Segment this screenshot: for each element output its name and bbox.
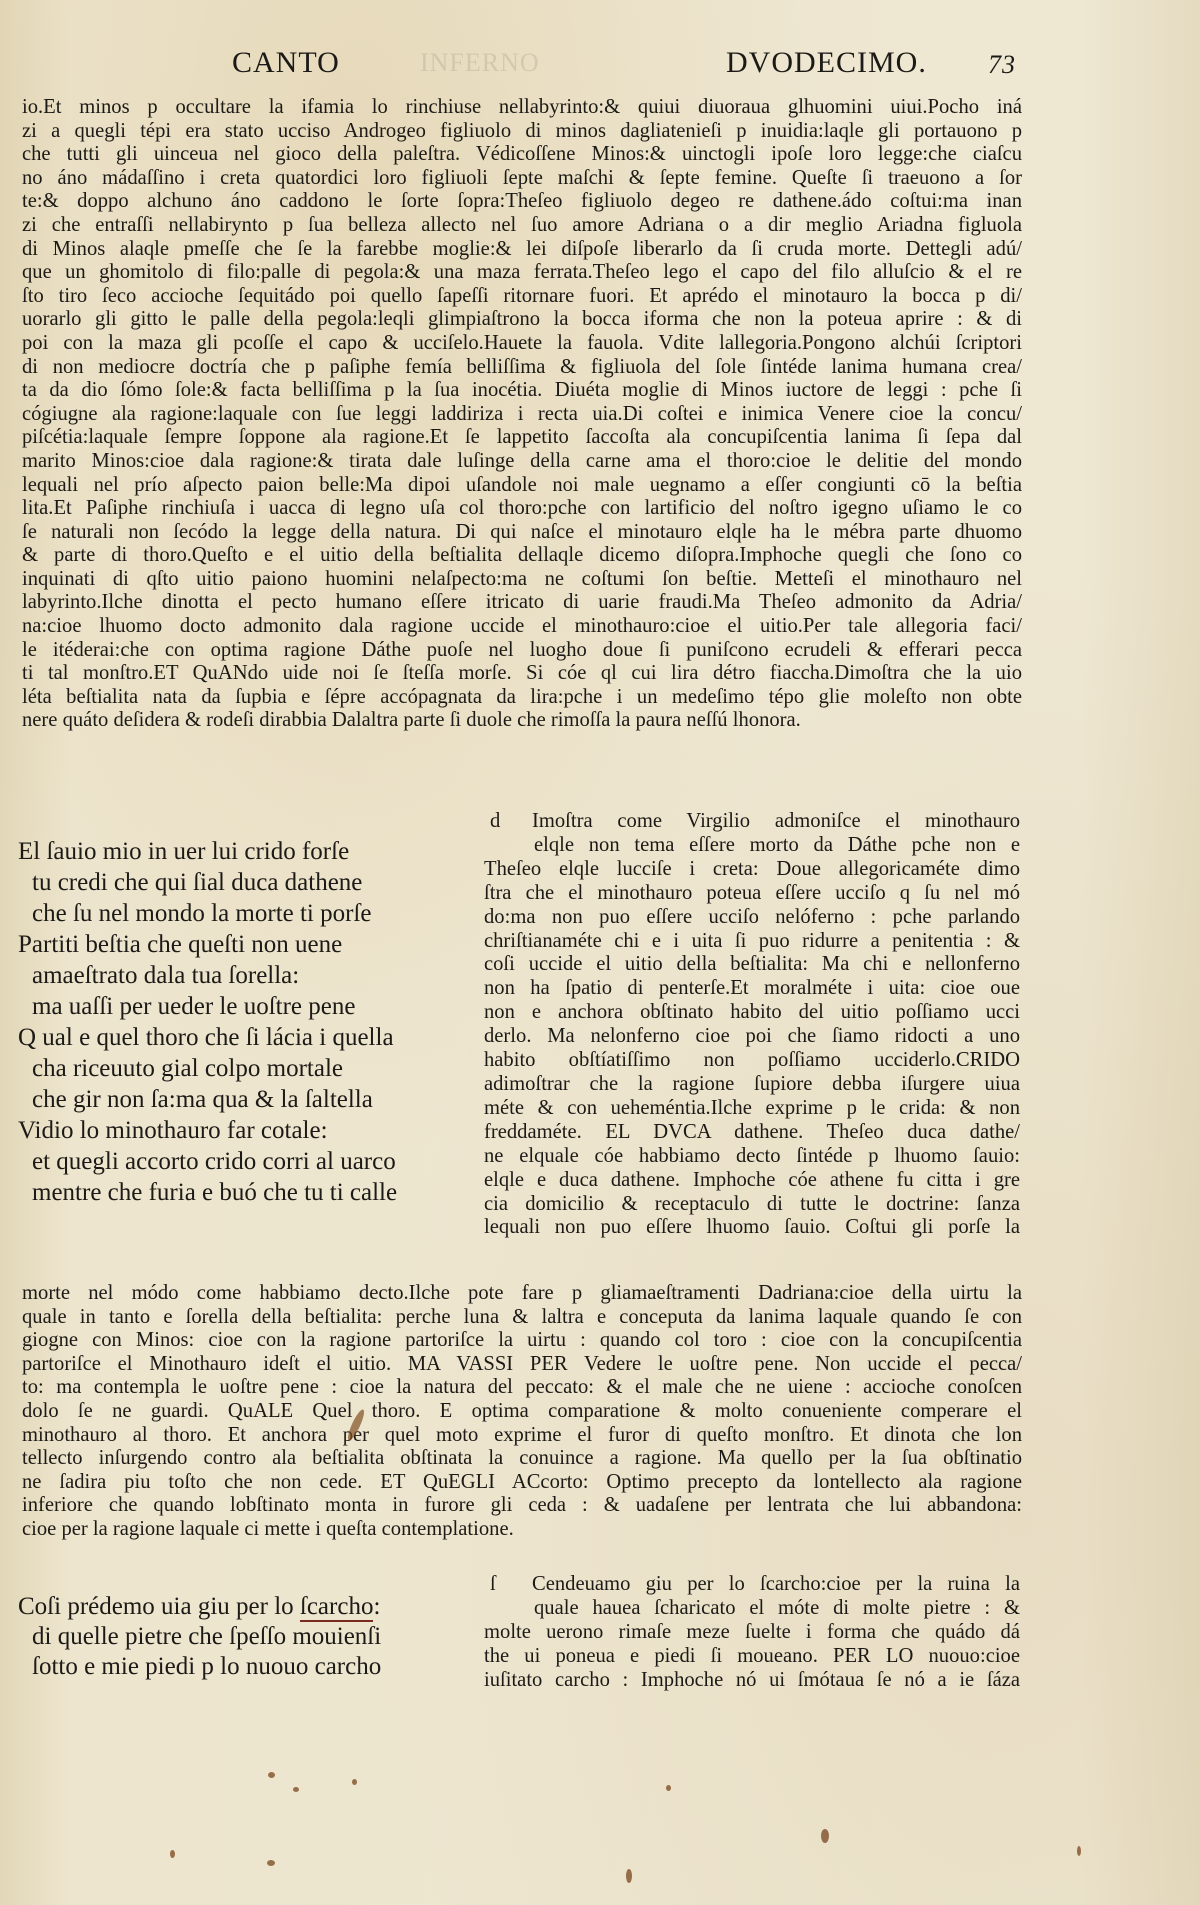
comment-line: molte uerono rimaſe meze ſuelte i forma … <box>484 1621 1020 1645</box>
verse-line: El ſauio mio in uer lui crido forſe <box>18 836 468 867</box>
prose-line: ne ſadira piu toſto che non cede. ET QuE… <box>22 1471 1022 1495</box>
prose-line: na:cioe lhuomo docto admonito dala ragio… <box>22 615 1022 639</box>
prose-line: no áno mádaſſino i creta quatordici loro… <box>22 167 1022 191</box>
prose-line: que un ghomitolo di filo:palle di pegola… <box>22 261 1022 285</box>
prose-line: marito Minos:cioe dala ragione:& tirata … <box>22 450 1022 474</box>
prose-line: ti tal monſtro.ET QuANdo uide noi ſe ſte… <box>22 662 1022 686</box>
comment-line: coſi uccide el uitio della beſtialita: M… <box>484 953 1020 977</box>
comment-line: adimoſtrar che la ragione ſupiore debba … <box>484 1073 1020 1097</box>
prose-line: to: ma contempla le uoſtre pene : cioe l… <box>22 1376 1022 1400</box>
commentary-column-1: dImoſtra come Virgilio admoniſce el mino… <box>484 810 1020 1240</box>
prose-line: cioe per la ragione laquale ci mette i q… <box>22 1518 1022 1542</box>
comment-line: ſtra che el minothauro poteua eſſere ucc… <box>484 882 1020 906</box>
verse-line: Q ual e quel thoro che ſi lácia i quella <box>18 1022 468 1053</box>
foxing-stain <box>352 1779 357 1785</box>
prose-line: uorarlo gli gitto le palle della pegola:… <box>22 308 1022 332</box>
prose-line: dolo ſe ne guardi. QuALE Quel thoro. E o… <box>22 1400 1022 1424</box>
comment-line: elqle e duca dathene. Imphoche cóe athen… <box>484 1169 1020 1193</box>
dante-verse-block-2: Coſi prédemo uia giu per lo ſcarcho: di … <box>18 1592 468 1682</box>
folio-number: 73 <box>988 50 1016 80</box>
running-head-canto: CANTO <box>232 46 340 80</box>
guide-letter: d <box>484 810 532 834</box>
prose-line: inferiore che quando lobſtinato monta in… <box>22 1494 1022 1518</box>
running-head: CANTO INFERNO DVODECIMO. 73 <box>0 46 1200 86</box>
prose-line: lita.Et Paſiphe rinchiuſa i uacca di leg… <box>22 497 1022 521</box>
prose-line: & parte di thoro.Queſto e el uitio della… <box>22 544 1022 568</box>
comment-line: quale hauea ſcharicato el móte di molte … <box>484 1597 1020 1621</box>
prose-line: di Minos alaqle pmeſſe che ſe la farebbe… <box>22 238 1022 262</box>
comment-line: freddaméte. EL DVCA dathene. Theſeo duca… <box>484 1121 1020 1145</box>
verse-text: Coſi prédemo uia giu per lo <box>18 1593 300 1620</box>
verse-line: Partiti beſtia che queſti non uene <box>18 929 468 960</box>
show-through-inferno: INFERNO <box>420 48 540 78</box>
dante-verse-block-1: El ſauio mio in uer lui crido forſe tu c… <box>18 836 468 1208</box>
comment-line: elqle non tema eſſere morto da Dáthe pch… <box>484 834 1020 858</box>
verse-line: tu credi che qui ſial duca dathene <box>18 867 468 898</box>
prose-line: tellecto inſurgendo contro ala beſtialit… <box>22 1447 1022 1471</box>
verse-line: ſotto e mie piedi p lo nuouo carcho <box>18 1652 468 1682</box>
prose-line: zi che entraſſi nellabirynto p ſua belle… <box>22 214 1022 238</box>
verse-line: che gir non ſa:ma qua & la ſaltella <box>18 1084 468 1115</box>
prose-line: che tutti gli uinceua nel gioco della pa… <box>22 143 1022 167</box>
comment-line: non ha ſpatio di penterſe.Et moralméte i… <box>484 977 1020 1001</box>
prose-line: di non mediocre doctría che p paſiphe fe… <box>22 356 1022 380</box>
commentary-prose-mid: morte nel módo come habbiamo decto.Ilche… <box>22 1282 1022 1542</box>
commentary-prose-top: io.Et minos p occultare la ifamia lo rin… <box>22 96 1022 733</box>
foxing-stain <box>170 1850 175 1858</box>
verse-line: amaeſtrato dala tua ſorella: <box>18 960 468 991</box>
foxing-stain <box>626 1869 632 1883</box>
comment-line: chriſtianaméte chi e i uita ſi puo ridur… <box>484 930 1020 954</box>
prose-line: labyrinto.Ilche dinotta el pecto humano … <box>22 591 1022 615</box>
foxing-stain <box>267 1860 275 1866</box>
prose-line: morte nel módo come habbiamo decto.Ilche… <box>22 1282 1022 1306</box>
prose-line: cógiugne ala ragione:laquale con ſue leg… <box>22 403 1022 427</box>
comment-line: ne elquale cóe habbiamo decto ſintéde p … <box>484 1145 1020 1169</box>
verse-line: ma uaſſi per ueder le uoſtre pene <box>18 991 468 1022</box>
comment-line: the ui poneua e piedi ſi moueano. PER LO… <box>484 1645 1020 1669</box>
prose-line: nere quáto deſidera & rodeſi dirabbia Da… <box>22 709 1022 733</box>
prose-line: ſe naturali non ſecódo la legge della na… <box>22 521 1022 545</box>
guide-letter: ſ <box>484 1573 532 1597</box>
verse-line: Coſi prédemo uia giu per lo ſcarcho: <box>18 1592 468 1622</box>
prose-line: lequali nel prío aſpecto paion belle:Ma … <box>22 474 1022 498</box>
prose-line: minothauro al thoro. Et anchora per quel… <box>22 1424 1022 1448</box>
prose-line: poi con la maza gli pcoſſe el capo & ucc… <box>22 332 1022 356</box>
prose-line: giogne con Minos: cioe con la ragione pa… <box>22 1329 1022 1353</box>
prose-line: quale in tanto e ſorella della beſtialit… <box>22 1306 1022 1330</box>
foxing-stain <box>268 1772 275 1778</box>
comment-line: habito obſtíatiſſimo non poſſiamo uccide… <box>484 1049 1020 1073</box>
comment-line: non e anchora obſtinato habito del uitio… <box>484 1001 1020 1025</box>
prose-line: io.Et minos p occultare la ifamia lo rin… <box>22 96 1022 120</box>
foxing-stain <box>821 1829 829 1843</box>
prose-line: ſto tiro ſeco accioche ſequitádo poi que… <box>22 285 1022 309</box>
verse-line: di quelle pietre che ſpeſſo mouienſi <box>18 1622 468 1652</box>
verse-line: mentre che furia e buó che tu ti calle <box>18 1177 468 1208</box>
prose-line: piſcétia:laquale ſempre ſoppone ala ragi… <box>22 426 1022 450</box>
verse-line: et quegli accorto crido corri al uarco <box>18 1146 468 1177</box>
prose-line: inquinati di qſto uitio paiono huomini n… <box>22 568 1022 592</box>
underlined-word: ſcarcho <box>300 1593 374 1622</box>
foxing-stain <box>1077 1846 1081 1856</box>
prose-line: léta beſtialita nata da ſupbia e ſépre a… <box>22 686 1022 710</box>
comment-line: cia domicilio & receptaculo di tutte le … <box>484 1193 1020 1217</box>
prose-line: partoriſce el Minothauro ideſt el uitio.… <box>22 1353 1022 1377</box>
comment-line: Cendeuamo giu per lo ſcarcho:cioe per la… <box>532 1573 1020 1595</box>
prose-line: zi a quegli tépi era stato ucciso Androg… <box>22 120 1022 144</box>
comment-line: méte & con ueheméntia.Ilche exprime p le… <box>484 1097 1020 1121</box>
verse-line: Vidio lo minothauro far cotale: <box>18 1115 468 1146</box>
comment-line: Imoſtra come Virgilio admoniſce el minot… <box>532 810 1020 832</box>
prose-line: ta da dio ſómo ſole:& facta belliſſima p… <box>22 379 1022 403</box>
prose-line: le itéderai:che con optima ragione Dáthe… <box>22 639 1022 663</box>
verse-line: che ſu nel mondo la morte ti porſe <box>18 898 468 929</box>
comment-line: derlo. Ma nelonferno cioe poi che ſiamo … <box>484 1025 1020 1049</box>
book-page: CANTO INFERNO DVODECIMO. 73 io.Et minos … <box>0 0 1200 1905</box>
foxing-stain <box>293 1787 299 1792</box>
comment-line: Theſeo elqle lucciſe i creta: Doue alleg… <box>484 858 1020 882</box>
comment-line: iuſitato carcho : Imphoche nó ui ſmótaua… <box>484 1669 1020 1693</box>
comment-line: do:ma non puo eſſere ucciſo nelóferno : … <box>484 906 1020 930</box>
comment-line: lequali non puo eſſere lhuomo ſauio. Coſ… <box>484 1216 1020 1240</box>
verse-line: cha riceuuto gial colpo mortale <box>18 1053 468 1084</box>
foxing-stain <box>666 1785 671 1791</box>
verse-text: : <box>373 1593 380 1620</box>
running-head-dvodecimo: DVODECIMO. <box>726 46 927 80</box>
commentary-column-2: ſCendeuamo giu per lo ſcarcho:cioe per l… <box>484 1573 1020 1693</box>
prose-line: te:& doppo alchuno áno caddono le ſorte … <box>22 190 1022 214</box>
